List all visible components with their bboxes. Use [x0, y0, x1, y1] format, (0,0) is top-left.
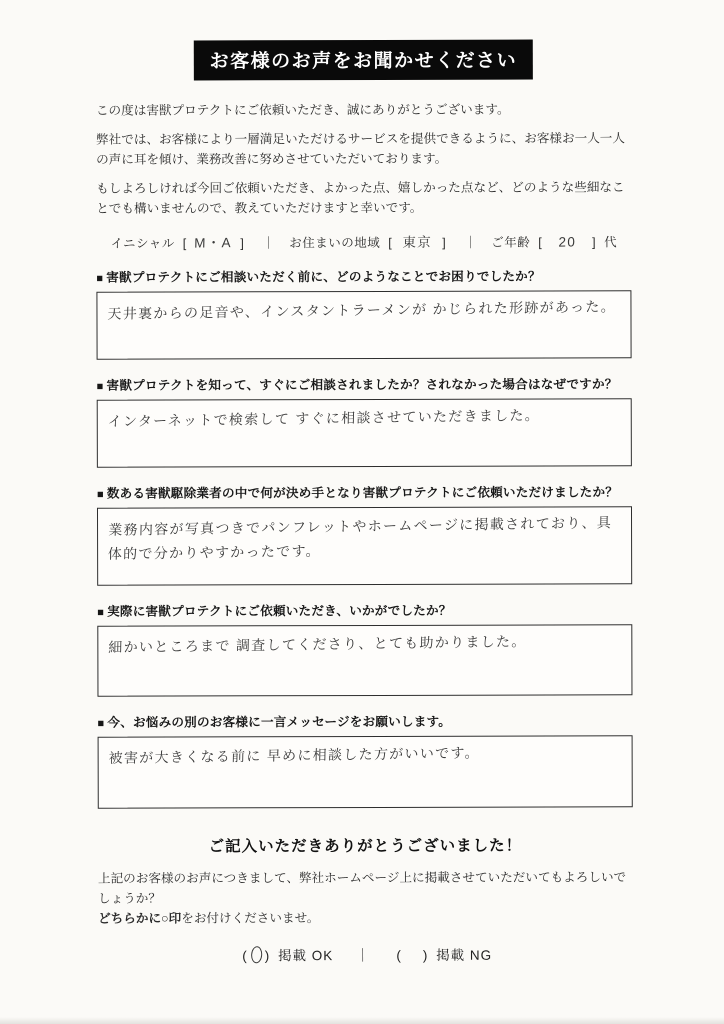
initial-handwritten-value: M・A: [194, 231, 232, 252]
bracket-open: [: [538, 236, 542, 250]
question-section-2: ■害獣プロテクトを知って、すぐにご相談されましたか？されなかった場合はなぜですか…: [97, 376, 632, 467]
question-text: 実際に害獣プロテクトにご依頼いただき、いかがでしたか？: [107, 604, 451, 619]
field-separator: ｜: [262, 236, 275, 250]
respondent-profile-row: イニシャル [ M・A ] ｜ お住まいの地域 [ 東京 ] ｜ ご年齢 [ 2…: [96, 230, 631, 251]
question-text: 数ある害獣駆除業者の中で何が決め手となり害獣プロテクトにご依頼いただけましたか？: [107, 485, 618, 500]
question-section-5: ■今、お悩みの別のお客様に一言メッセージをお願いします。 被害が大きくなる前に …: [98, 713, 633, 808]
ok-label: 掲載 OK: [278, 948, 333, 963]
bullet-square-icon: ■: [96, 273, 103, 285]
scanned-feedback-form: お客様のお声をお聞かせください この度は害獣プロテクトにご依頼いただき、誠にあり…: [0, 0, 724, 1024]
handwritten-circle-mark: [250, 946, 262, 964]
question-label: ■実際に害獣プロテクトにご依頼いただき、いかがでしたか？: [97, 602, 632, 621]
ng-label: 掲載 NG: [436, 948, 492, 963]
publication-consent-row: () 掲載 OK ｜ () 掲載 NG: [98, 943, 633, 964]
bracket-close: ]: [592, 235, 596, 249]
consent-instruction-rest: をお付けくださいませ。: [181, 911, 319, 925]
form-header: お客様のお声をお聞かせください: [96, 39, 631, 80]
answer-box: 天井裏からの足音や、インスタントラーメンが かじられた形跡があった。: [96, 290, 631, 359]
question-label: ■害獣プロテクトを知って、すぐにご相談されましたか？されなかった場合はなぜですか…: [97, 376, 632, 395]
consent-question-text: 上記のお客様のお声につきまして、弊社ホームページ上に掲載させていただいてもよろし…: [98, 870, 626, 905]
intro-section: この度は害獣プロテクトにご依頼いただき、誠にありがとうございます。 弊社では、お…: [96, 99, 631, 218]
bullet-square-icon: ■: [97, 489, 104, 501]
initial-label: イニシャル: [110, 236, 174, 250]
paren-open: (: [242, 948, 248, 963]
question-section-4: ■実際に害獣プロテクトにご依頼いただき、いかがでしたか？ 細かいところまで 調査…: [97, 602, 632, 696]
intro-paragraph-2: 弊社では、お客様により一層満足いただけるサービスを提供できるように、お客様お一人…: [96, 128, 631, 169]
area-handwritten-value: 東京: [400, 231, 434, 251]
intro-paragraph-1: この度は害獣プロテクトにご依頼いただき、誠にありがとうございます。: [96, 99, 631, 120]
answer-box: インターネットで検索して すぐに相談させていただきました。: [97, 398, 632, 467]
answer-box: 業務内容が写真つきでパンフレットやホームページに掲載されており、具体的で分かりや…: [97, 506, 632, 585]
bullet-square-icon: ■: [97, 381, 104, 393]
bullet-square-icon: ■: [97, 607, 104, 619]
age-suffix-label: 代: [604, 235, 617, 249]
scan-bottom-shadow: [0, 1017, 724, 1024]
handwritten-answer: インターネットで検索して すぐに相談させていただきました。: [108, 403, 541, 433]
paren-open: (: [396, 948, 402, 963]
question-text: 害獣プロテクトを知って、すぐにご相談されましたか？されなかった場合はなぜですか？: [107, 377, 618, 392]
handwritten-answer: 被害が大きくなる前に 早めに相談した方がいいです。: [108, 740, 480, 770]
field-separator: ｜: [464, 236, 477, 250]
answer-box: 細かいところまで 調査してくださり、とても助かりました。: [97, 624, 632, 696]
answer-box: 被害が大きくなる前に 早めに相談した方がいいです。: [98, 735, 633, 808]
bracket-close: ]: [240, 236, 244, 250]
age-label: ご年齢: [491, 236, 530, 250]
form-title: お客様のお声をお聞かせください: [193, 40, 533, 81]
paren-close: ): [423, 948, 429, 963]
bullet-square-icon: ■: [98, 718, 105, 730]
intro-paragraph-3: もしよろしければ今回ご依頼いただき、よかった点、嬉しかった点など、どのような些細…: [96, 177, 631, 218]
question-section-1: ■害獣プロテクトにご相談いただく前に、どのようなことでお困りでしたか？ 天井裏か…: [96, 268, 631, 359]
question-label: ■今、お悩みの別のお客様に一言メッセージをお願いします。: [98, 713, 633, 732]
question-text: 害獣プロテクトにご相談いただく前に、どのようなことでお困りでしたか？: [106, 270, 541, 285]
consent-paragraph: 上記のお客様のお声につきまして、弊社ホームページ上に掲載させていただいてもよろし…: [98, 867, 633, 928]
question-label: ■害獣プロテクトにご相談いただく前に、どのようなことでお困りでしたか？: [96, 268, 631, 287]
bracket-open: [: [183, 236, 187, 250]
handwritten-answer: 業務内容が写真つきでパンフレットやホームページに掲載されており、具体的で分かりや…: [108, 510, 622, 566]
consent-instruction-bold: どちらかに○印: [98, 911, 181, 925]
consent-ng-option: () 掲載 NG: [393, 948, 492, 963]
bracket-open: [: [388, 236, 392, 250]
paren-close: ): [265, 948, 271, 963]
consent-ok-option: () 掲載 OK: [239, 948, 338, 963]
handwritten-answer: 細かいところまで 調査してくださり、とても助かりました。: [108, 629, 527, 659]
area-label: お住まいの地域: [289, 236, 380, 250]
handwritten-answer: 天井裏からの足音や、インスタントラーメンが かじられた形跡があった。: [107, 294, 616, 326]
age-handwritten-value: 20: [550, 234, 584, 249]
thank-you-heading: ご記入いただきありがとうございました！: [98, 833, 633, 856]
question-text: 今、お悩みの別のお客様に一言メッセージをお願いします。: [107, 715, 451, 730]
option-separator: ｜: [356, 948, 371, 963]
bracket-close: ]: [442, 236, 446, 250]
question-label: ■数ある害獣駆除業者の中で何が決め手となり害獣プロテクトにご依頼いただけましたか…: [97, 484, 632, 503]
question-section-3: ■数ある害獣駆除業者の中で何が決め手となり害獣プロテクトにご依頼いただけましたか…: [97, 484, 632, 585]
